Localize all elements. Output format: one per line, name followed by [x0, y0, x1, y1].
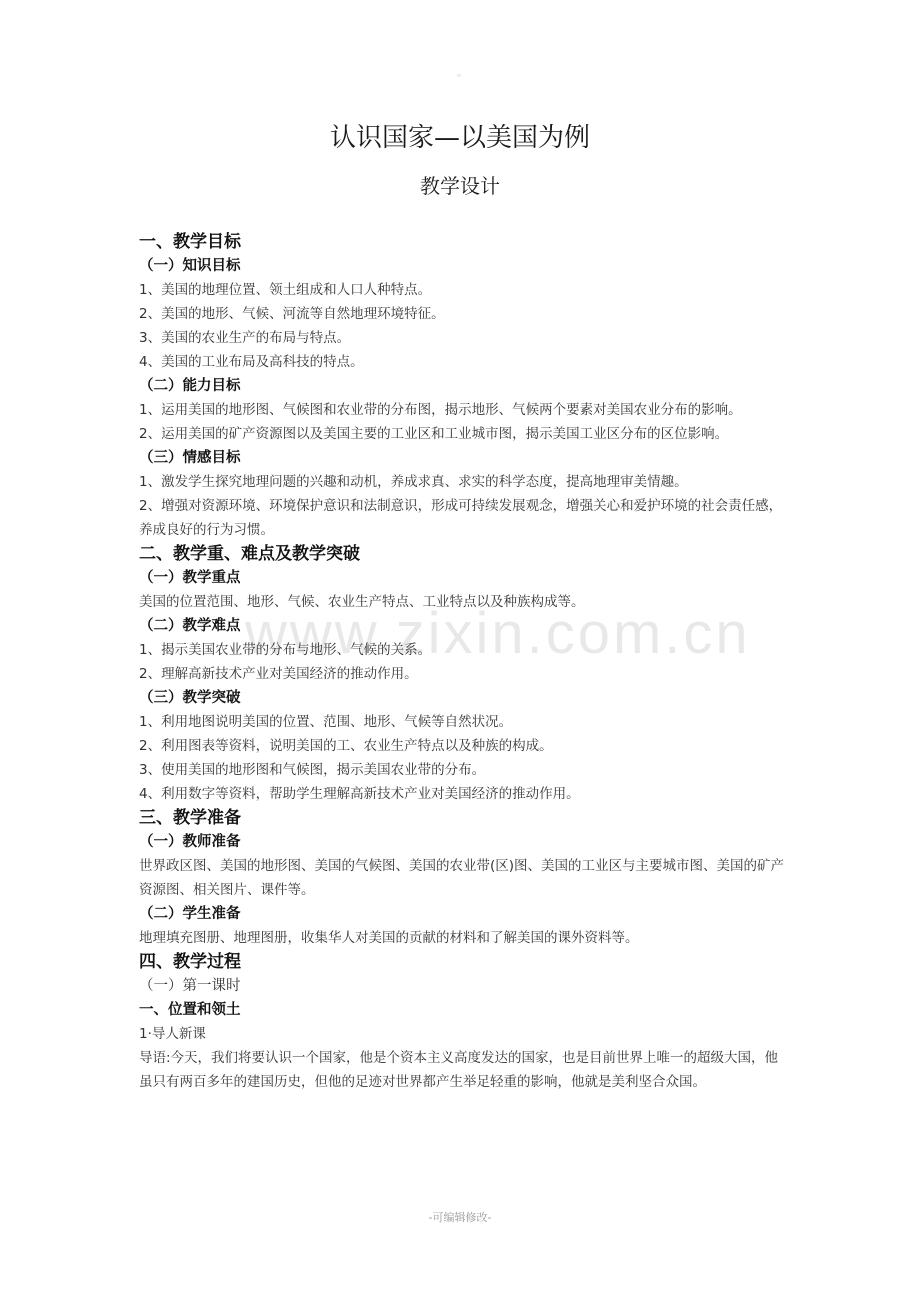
paragraph: 美国的位置范围、地形、气候、农业生产特点、工业特点以及种族构成等。: [139, 590, 789, 614]
paragraph: 2、运用美国的矿产资源图以及美国主要的工业区和工业城市图，揭示美国工业区分布的区…: [139, 422, 789, 446]
paragraph: 1、运用美国的地形图、气候图和农业带的分布图，揭示地形、气候两个要素对美国农业分…: [139, 398, 789, 422]
subsection-heading: （一）知识目标: [139, 254, 789, 278]
document-body: 一、教学目标 （一）知识目标 1、美国的地理位置、领土组成和人口人种特点。 2、…: [139, 230, 789, 1094]
paragraph: 2、利用图表等资料，说明美国的工、农业生产特点以及种族的构成。: [139, 734, 789, 758]
paragraph: 1·导人新课: [139, 1022, 789, 1046]
paragraph: 4、美国的工业布局及高科技的特点。: [139, 350, 789, 374]
paragraph: 4、利用数字等资料，帮助学生理解高新技术产业对美国经济的推动作用。: [139, 782, 789, 806]
section-heading: 三、教学准备: [139, 806, 789, 830]
section-heading: 一、教学目标: [139, 230, 789, 254]
subsection-heading: 一、位置和领土: [139, 998, 789, 1022]
subsection-heading: （三）教学突破: [139, 686, 789, 710]
paragraph: 3、美国的农业生产的布局与特点。: [139, 326, 789, 350]
document-title: 认识国家—以美国为例: [0, 117, 920, 154]
subsection-heading: （二）教学难点: [139, 614, 789, 638]
paragraph: 地理填充图册、地理图册，收集华人对美国的贡献的材料和了解美国的课外资料等。: [139, 926, 789, 950]
paragraph: 1、激发学生探究地理问题的兴趣和动机，养成求真、求实的科学态度，提高地理审美情趣…: [139, 470, 789, 494]
subsection-heading: （三）情感目标: [139, 446, 789, 470]
paragraph: 1、美国的地理位置、领土组成和人口人种特点。: [139, 278, 789, 302]
paragraph: 2、美国的地形、气候、河流等自然地理环境特征。: [139, 302, 789, 326]
paragraph: 3、使用美国的地形图和气候图，揭示美国农业带的分布。: [139, 758, 789, 782]
paragraph: 1、揭示美国农业带的分布与地形、气候的关系。: [139, 638, 789, 662]
subsection-heading: （一）教学重点: [139, 566, 789, 590]
subsection-heading: （二）学生准备: [139, 902, 789, 926]
paragraph: 2、增强对资源环境、环境保护意识和法制意识，形成可持续发展观念，增强关心和爱护环…: [139, 494, 789, 542]
decorative-dot: [457, 74, 461, 77]
section-heading: 二、教学重、难点及教学突破: [139, 542, 789, 566]
lesson-label: （一）第一课时: [139, 974, 789, 998]
subsection-heading: （二）能力目标: [139, 374, 789, 398]
paragraph: 1、利用地图说明美国的位置、范围、地形、气候等自然状况。: [139, 710, 789, 734]
document-page: 认识国家—以美国为例 教学设计 一、教学目标 （一）知识目标 1、美国的地理位置…: [0, 0, 920, 1302]
document-subtitle: 教学设计: [0, 170, 920, 199]
paragraph: 世界政区图、美国的地形图、美国的气候图、美国的农业带(区)图、美国的工业区与主要…: [139, 854, 789, 902]
paragraph: 导语:今天，我们将要认识一个国家，他是个资本主义高度发达的国家，也是目前世界上唯…: [139, 1046, 789, 1094]
subsection-heading: （一）教师准备: [139, 830, 789, 854]
paragraph: 2、理解高新技术产业对美国经济的推动作用。: [139, 662, 789, 686]
section-heading: 四、教学过程: [139, 950, 789, 974]
page-footer: -可编辑修改-: [0, 1209, 920, 1225]
